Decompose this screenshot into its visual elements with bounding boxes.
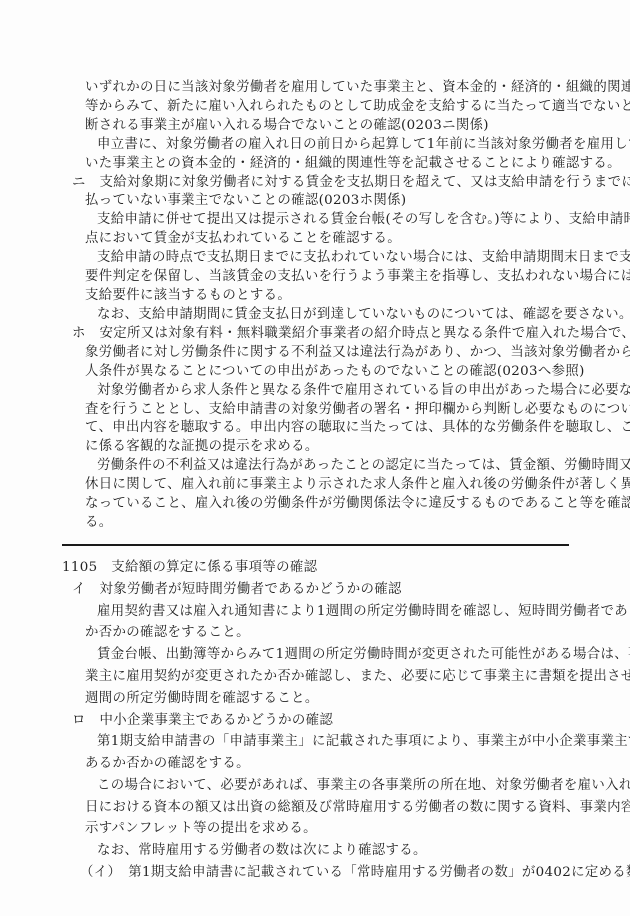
section-text-line: 示すパンフレット等の提出を求める。 xyxy=(85,820,317,838)
section-text-line: 1105 支給額の算定に係る事項等の確認 xyxy=(62,559,317,577)
body-text-line: に係る客観的な証拠の提示を求める。 xyxy=(85,438,319,456)
section-text-line: か否かの確認をすること。 xyxy=(85,624,250,642)
body-text-line: 支給要件に該当するものとする。 xyxy=(85,287,291,305)
body-text-line: 労働条件の不利益又は違法行為があったことの認定に当たっては、賃金額、労働時間又は xyxy=(97,457,630,475)
body-text-line: る。 xyxy=(85,514,112,532)
body-text-line: 査を行うこととし、支給申請書の対象労働者の署名・押印欄から判断し必要なものについ xyxy=(85,401,630,419)
body-text-line: 点において賃金が支払われていることを確認する。 xyxy=(85,230,401,248)
document-page: いずれかの日に当該対象労働者を雇用していた事業主と、資本金的・経済的・組織的関連… xyxy=(0,0,630,916)
section-text-line: イ 対象労働者が短時間労働者であるかどうかの確認 xyxy=(72,581,402,599)
section-text-line: あるか否かの確認をする。 xyxy=(85,755,250,773)
section-text-line: この場合において、必要があれば、事業主の各事業所の所在地、対象労働者を雇い入れた xyxy=(97,777,630,795)
body-text-line: なっていること、雇入れ後の労働条件が労働関係法令に違反するものであること等を確認… xyxy=(85,495,630,513)
body-text-line: 支給申請の時点で支払期日までに支払われていない場合には、支給申請期間末日まで支給 xyxy=(97,249,630,267)
body-text-line: 断される事業主が雇い入れる場合でないことの確認(0203ニ関係) xyxy=(85,117,489,135)
section-text-line: 雇用契約書又は雇入れ通知書により1週間の所定労働時間を確認し、短時間労働者である xyxy=(97,603,630,621)
body-text-line: 象労働者に対し労働条件に関する不利益又は違法行為があり、かつ、当該対象労働者から… xyxy=(85,344,630,362)
section-text-line: ロ 中小企業事業主であるかどうかの確認 xyxy=(72,712,333,730)
body-text-line: 申立書に、対象労働者の雇入れ日の前日から起算して1年前に当該対象労働者を雇用して xyxy=(97,136,630,154)
section-text-line: 業主に雇用契約が変更されたか否か確認し、また、必要に応じて事業主に書類を提出させ… xyxy=(85,668,630,686)
section-text-line: 第1期支給申請書の「申請事業主」に記載された事項により、事業主が中小企業事業主で xyxy=(97,733,630,751)
section-text-line: 賃金台帳、出勤簿等からみて1週間の所定労働時間が変更された可能性がある場合は、事 xyxy=(97,646,630,664)
body-text-line: て、申出内容を聴取する。申出内容の聴取に当たっては、具体的な労働条件を聴取し、こ… xyxy=(85,419,630,437)
body-text-line: なお、支給申請期間に賃金支払日が到達していないものについては、確認を要さない。 xyxy=(97,306,630,324)
body-text-line: 要件判定を保留し、当該賃金の支払いを行うよう事業主を指導し、支払われない場合には… xyxy=(85,268,630,286)
body-text-line: いた事業主との資本金的・経済的・組織的関連性等を記載させることにより確認する。 xyxy=(85,155,621,173)
body-text-line: 休日に関して、雇入れ前に事業主より示された求人条件と雇入れ後の労働条件が著しく異 xyxy=(85,476,630,494)
body-text-line: 対象労働者から求人条件と異なる条件で雇用されている旨の申出があった場合に必要な調 xyxy=(97,382,630,400)
section-divider xyxy=(62,544,569,546)
body-text-line: 人条件が異なることについての申出があったものでないことの確認(0203へ参照) xyxy=(85,363,585,381)
body-text-line: ホ 安定所又は対象有料・無料職業紹介事業者の紹介時点と異なる条件で雇入れた場合で… xyxy=(72,325,630,343)
section-text-line: なお、常時雇用する労働者の数は次により確認する。 xyxy=(97,842,427,860)
section-text-line: （イ） 第1期支給申請書に記載されている「常時雇用する労働者の数」が0402に定… xyxy=(80,864,630,882)
body-text-line: 支給申請に併せて提出又は提示される賃金台帳(その写しを含む。)等により、支給申請… xyxy=(97,211,630,229)
section-text-line: 週間の所定労働時間を確認すること。 xyxy=(85,690,319,708)
body-text-line: 払っていない事業主でないことの確認(0203ホ関係) xyxy=(85,192,406,210)
body-text-line: ニ 支給対象期に対象労働者に対する賃金を支払期日を超えて、又は支給申請を行うまで… xyxy=(72,174,630,192)
body-text-line: 等からみて、新たに雇い入れられたものとして助成金を支給するに当たって適当でないと… xyxy=(85,98,630,116)
body-text-line: いずれかの日に当該対象労働者を雇用していた事業主と、資本金的・経済的・組織的関連… xyxy=(85,79,630,97)
section-text-line: 日における資本の額又は出資の総額及び常時雇用する労働者の数に関する資料、事業内容… xyxy=(85,799,630,817)
